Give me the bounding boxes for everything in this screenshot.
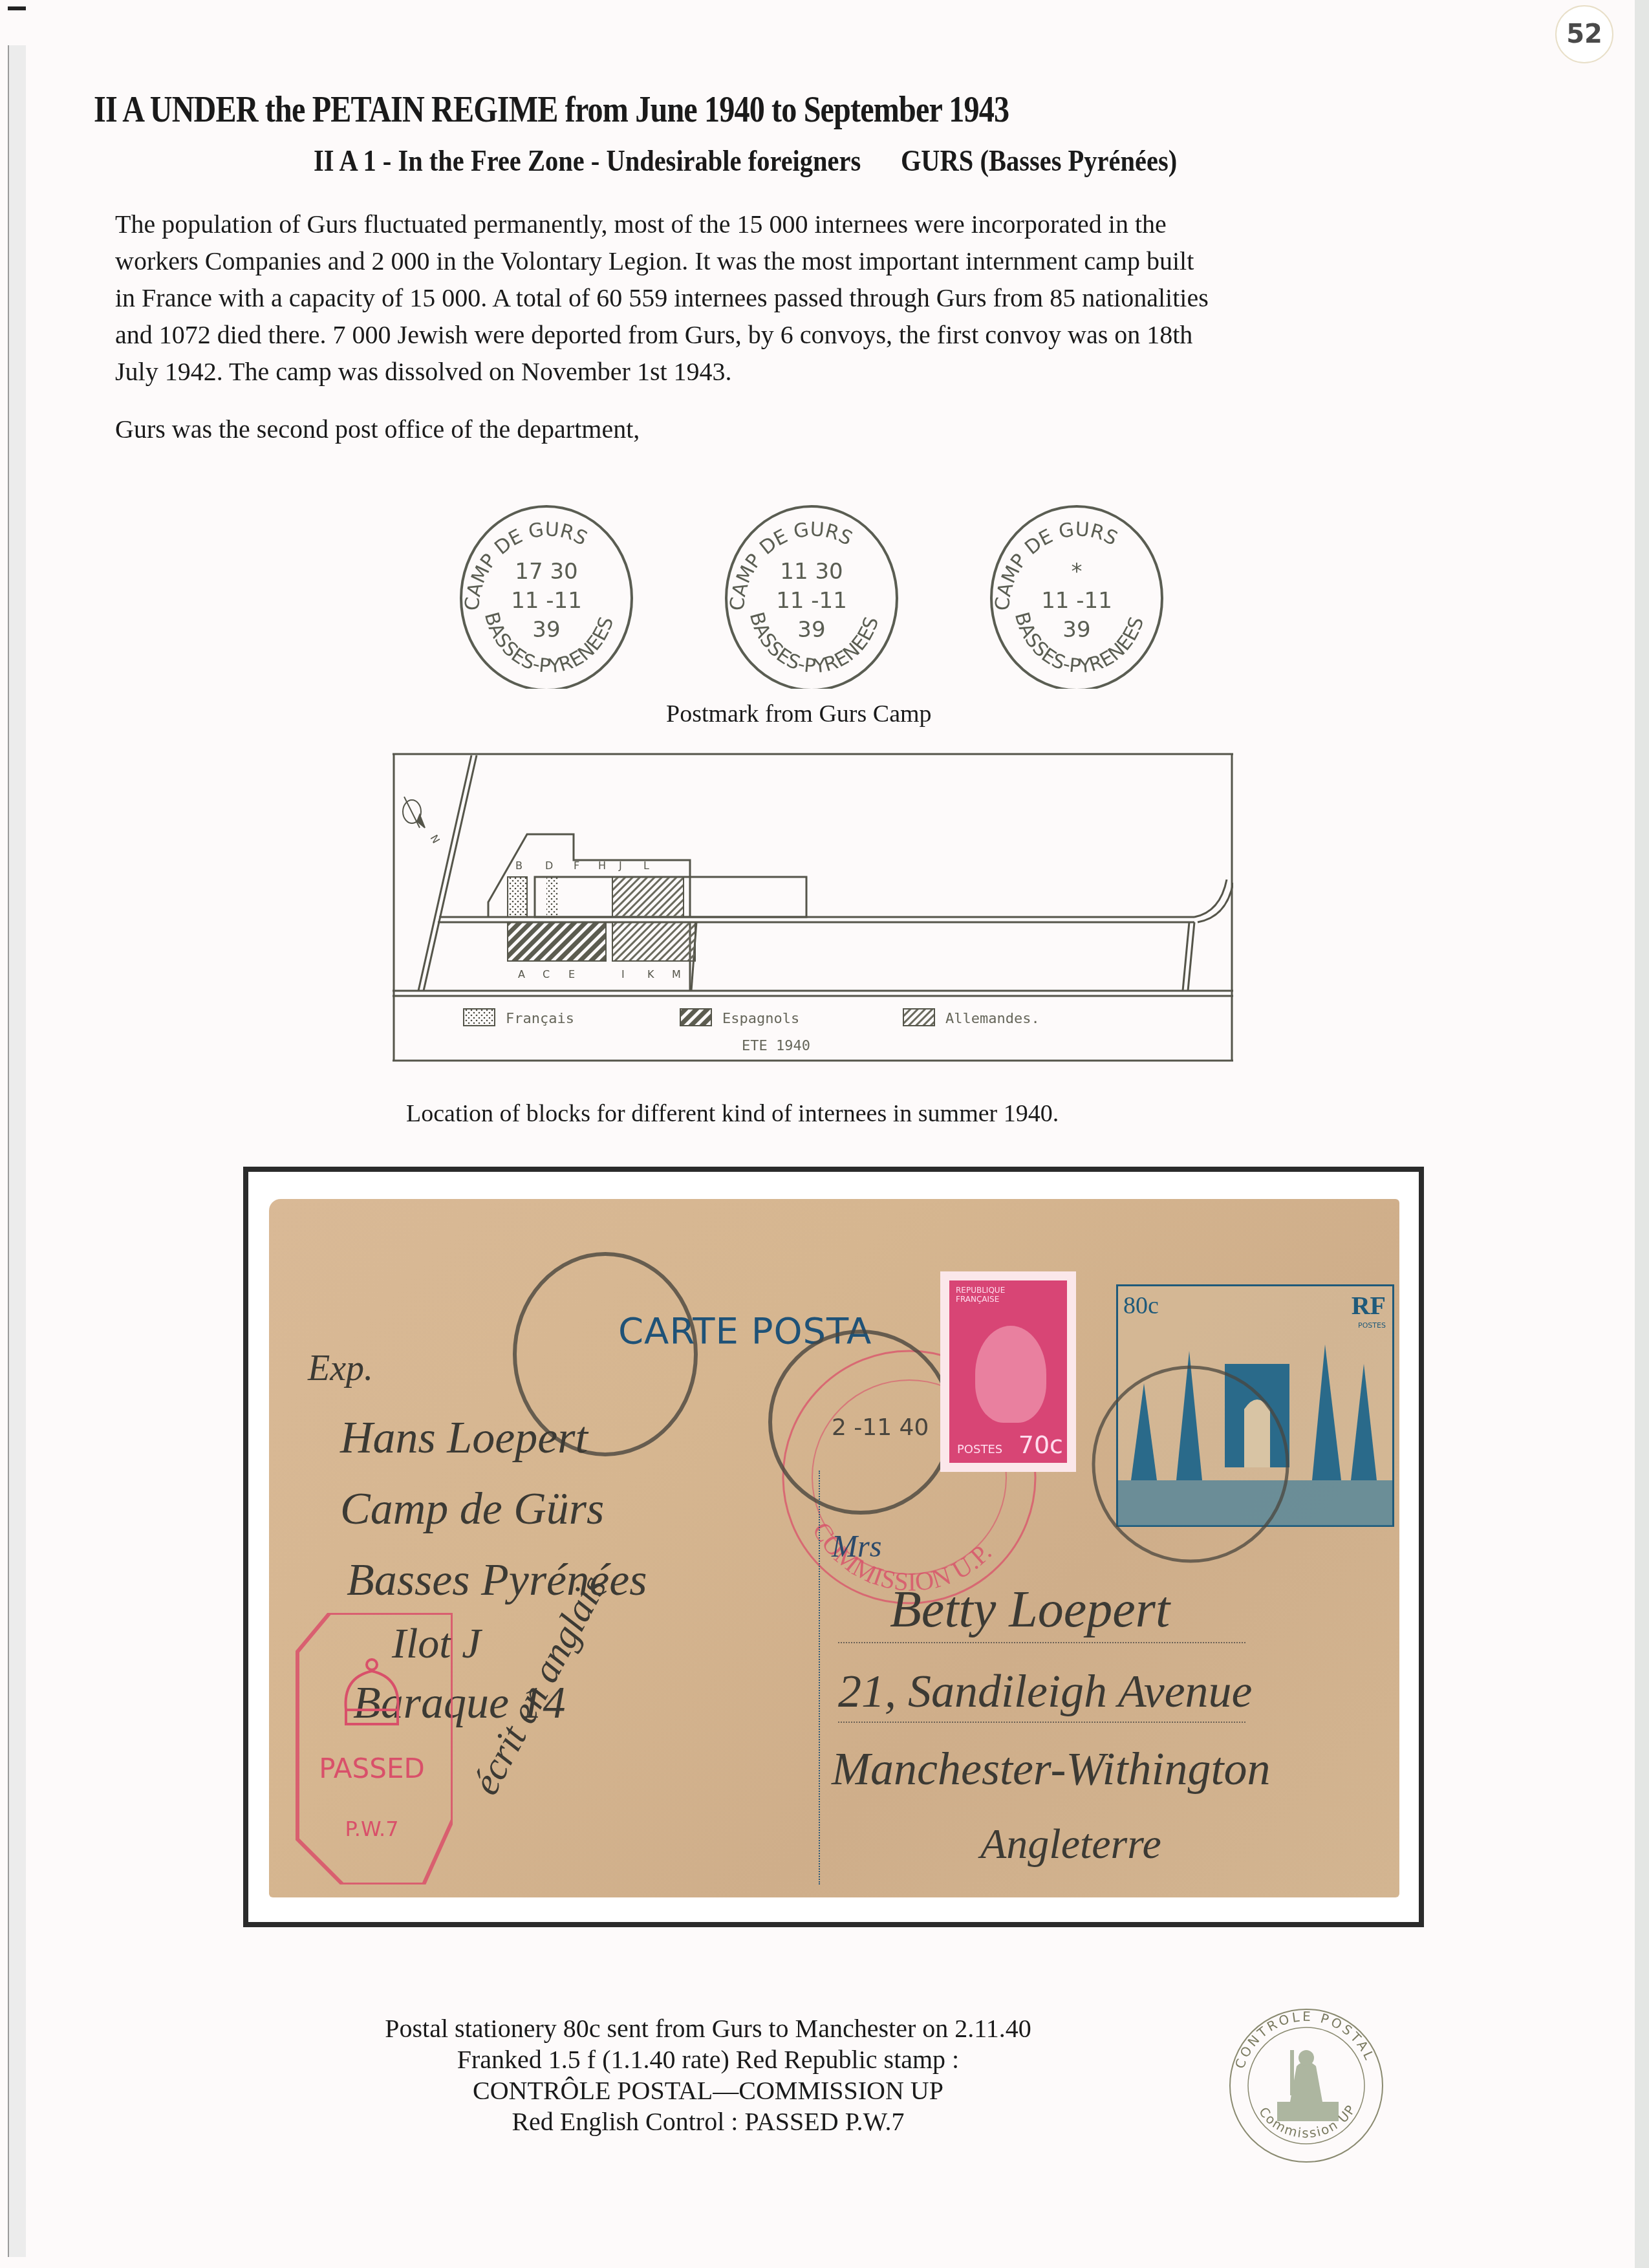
passed-code: P.W.7 — [345, 1817, 399, 1841]
postmark-2: CAMP DE GURS BASSES-PYRENEES 11 30 11 -1… — [718, 501, 905, 689]
mercury-head-icon — [975, 1326, 1046, 1423]
intro-paragraph: The population of Gurs fluctuated perman… — [115, 206, 1408, 390]
recipient-line: Manchester-Withington — [832, 1742, 1270, 1796]
plan-caption: Location of blocks for different kind of… — [406, 1099, 1059, 1128]
postmark-caption: Postmark from Gurs Camp — [666, 700, 932, 728]
postmark-time: 11 30 — [780, 559, 843, 585]
sender-line: Camp de Gürs — [340, 1484, 604, 1535]
sender-line: Exp. — [308, 1348, 373, 1389]
page-number: 52 — [1566, 19, 1602, 49]
stamp-label: POSTES — [957, 1443, 1002, 1456]
passed-censor-mark: PASSED P.W.7 — [291, 1613, 453, 1885]
postmark-year: 39 — [797, 617, 825, 643]
north-label: N — [428, 833, 442, 846]
cancel-date: 2 -11 40 — [832, 1414, 929, 1441]
intro-line: The population of Gurs fluctuated perman… — [115, 206, 1408, 243]
camp-plan-diagram: B D F H J L A C E I K M N Français Espag… — [393, 750, 1233, 1067]
postcard-frame: CARTE POSTA COMMISSION U.P. 2 -11 40 REP… — [243, 1167, 1424, 1927]
block-label: H — [598, 859, 606, 872]
postmark-1: CAMP DE GURS BASSES-PYRENEES 17 30 11 -1… — [453, 501, 640, 689]
recipient-line: Betty Loepert — [890, 1581, 1170, 1639]
block-label: A — [518, 968, 525, 980]
block-label: F — [574, 859, 579, 872]
intro-line: and 1072 died there. 7 000 Jewish were d… — [115, 316, 1408, 353]
postmark-group: CAMP DE GURS BASSES-PYRENEES 17 30 11 -1… — [453, 501, 1177, 695]
postmark-star: * — [1072, 559, 1083, 585]
subtitle-location: GURS (Basses Pyrénées) — [901, 144, 1177, 177]
postmark-date: 11 -11 — [1041, 588, 1112, 614]
subtitle-section: II A 1 - In the Free Zone - Undesirable … — [314, 144, 861, 177]
postmark-date: 11 -11 — [511, 588, 582, 614]
legend-espagnols: Espagnols — [722, 1011, 799, 1027]
block-label: C — [543, 968, 550, 980]
page-number-badge: 52 — [1555, 5, 1613, 63]
address-line — [838, 1642, 1245, 1643]
post-office-note: Gurs was the second post office of the d… — [115, 414, 640, 444]
postmark-year: 39 — [532, 617, 560, 643]
block-label: L — [643, 859, 649, 872]
stamp-country: REPUBLIQUE FRANÇAISE — [956, 1286, 1020, 1304]
gurs-cancel-right — [1084, 1361, 1297, 1568]
stamp-value: 70c — [1018, 1431, 1063, 1459]
block-label: E — [568, 968, 575, 980]
postcard-description: Postal stationery 80c sent from Gurs to … — [285, 2013, 1132, 2137]
crown-icon — [346, 1659, 398, 1724]
stamp-value: 80c — [1123, 1291, 1159, 1320]
postcard-divider — [819, 1471, 820, 1885]
recipient-line: 21, Sandileigh Avenue — [838, 1665, 1253, 1718]
intro-line: July 1942. The camp was dissolved on Nov… — [115, 353, 1408, 390]
gurs-cancel-middle: 2 -11 40 — [760, 1322, 961, 1522]
plan-date-label: ETE 1940 — [742, 1038, 810, 1054]
block-label: J — [618, 859, 622, 872]
controle-postal-seal: CONTROLE POSTAL Commission UP — [1225, 2005, 1387, 2166]
seated-marianne-icon — [1277, 2050, 1339, 2121]
description-line: Red English Control : PASSED P.W.7 — [285, 2106, 1132, 2137]
legend-francais: Français — [506, 1011, 574, 1027]
postcard: CARTE POSTA COMMISSION U.P. 2 -11 40 REP… — [269, 1199, 1399, 1897]
page-subtitle: II A 1 - In the Free Zone - Undesirable … — [314, 144, 1177, 178]
postmark-date: 11 -11 — [776, 588, 847, 614]
block-label: B — [515, 859, 523, 872]
page-title: II A UNDER the PETAIN REGIME from June 1… — [94, 89, 1009, 131]
block-label: I — [621, 968, 625, 980]
postmark-year: 39 — [1062, 617, 1090, 643]
description-line: CONTRÔLE POSTAL—COMMISSION UP — [285, 2075, 1132, 2106]
postmark-3: CAMP DE GURS BASSES-PYRENEES * 11 -11 39 — [983, 501, 1170, 689]
description-line: Postal stationery 80c sent from Gurs to … — [285, 2013, 1132, 2044]
block-label: D — [545, 859, 553, 872]
compass-icon — [403, 797, 425, 828]
recipient-line: Mrs — [832, 1529, 881, 1564]
stamp-country: RF — [1352, 1290, 1386, 1321]
address-line — [838, 1722, 1245, 1723]
sender-line: Hans Loepert — [340, 1412, 588, 1464]
block-label: M — [672, 968, 681, 980]
intro-line: in France with a capacity of 15 000. A t… — [115, 279, 1408, 316]
legend-allemandes: Allemandes. — [945, 1011, 1040, 1027]
recipient-line: Angleterre — [980, 1820, 1161, 1869]
margin-mark — [8, 6, 26, 10]
intro-line: workers Companies and 2 000 in the Volon… — [115, 243, 1408, 279]
passed-label: PASSED — [319, 1753, 425, 1784]
stamp-70c: REPUBLIQUE FRANÇAISE POSTES 70c — [940, 1271, 1076, 1472]
block-label: K — [647, 968, 654, 980]
page-binding-strip — [8, 45, 26, 2257]
description-line: Franked 1.5 f (1.1.40 rate) Red Republic… — [285, 2044, 1132, 2075]
postmark-time: 17 30 — [515, 559, 577, 585]
page-edge-strip — [1635, 0, 1649, 2268]
